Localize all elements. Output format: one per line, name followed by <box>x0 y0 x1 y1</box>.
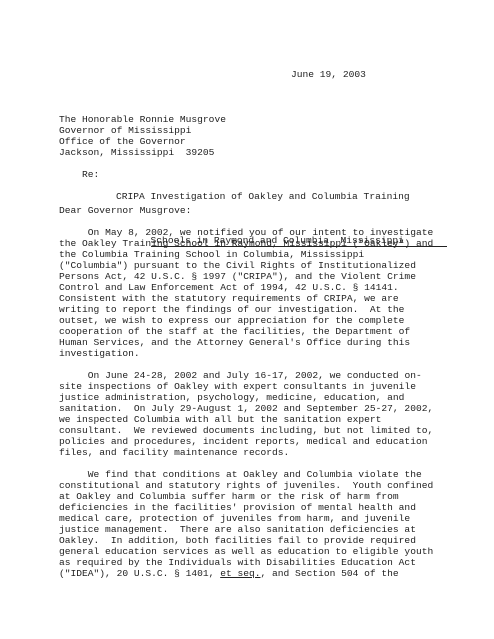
paragraph-1: On May 8, 2002, we notified you of our i… <box>59 227 455 359</box>
paragraph-3-text-end: , and Section 504 of the <box>261 568 399 579</box>
recipient-address: The Honorable Ronnie Musgrove Governor o… <box>59 114 226 158</box>
paragraph-2: On June 24-28, 2002 and July 16-17, 2002… <box>59 370 455 458</box>
letter-date: June 19, 2003 <box>291 69 366 80</box>
et-seq-citation: et seq. <box>220 568 260 579</box>
scanned-letter-page: June 19, 2003 The Honorable Ronnie Musgr… <box>0 0 494 639</box>
salutation: Dear Governor Musgrove: <box>59 205 191 216</box>
re-subject-line1: CRIPA Investigation of Oakley and Columb… <box>116 191 447 202</box>
re-label: Re: <box>82 169 99 180</box>
paragraph-3: We find that conditions at Oakley and Co… <box>59 469 455 579</box>
paragraph-3-text: We find that conditions at Oakley and Co… <box>59 469 433 579</box>
